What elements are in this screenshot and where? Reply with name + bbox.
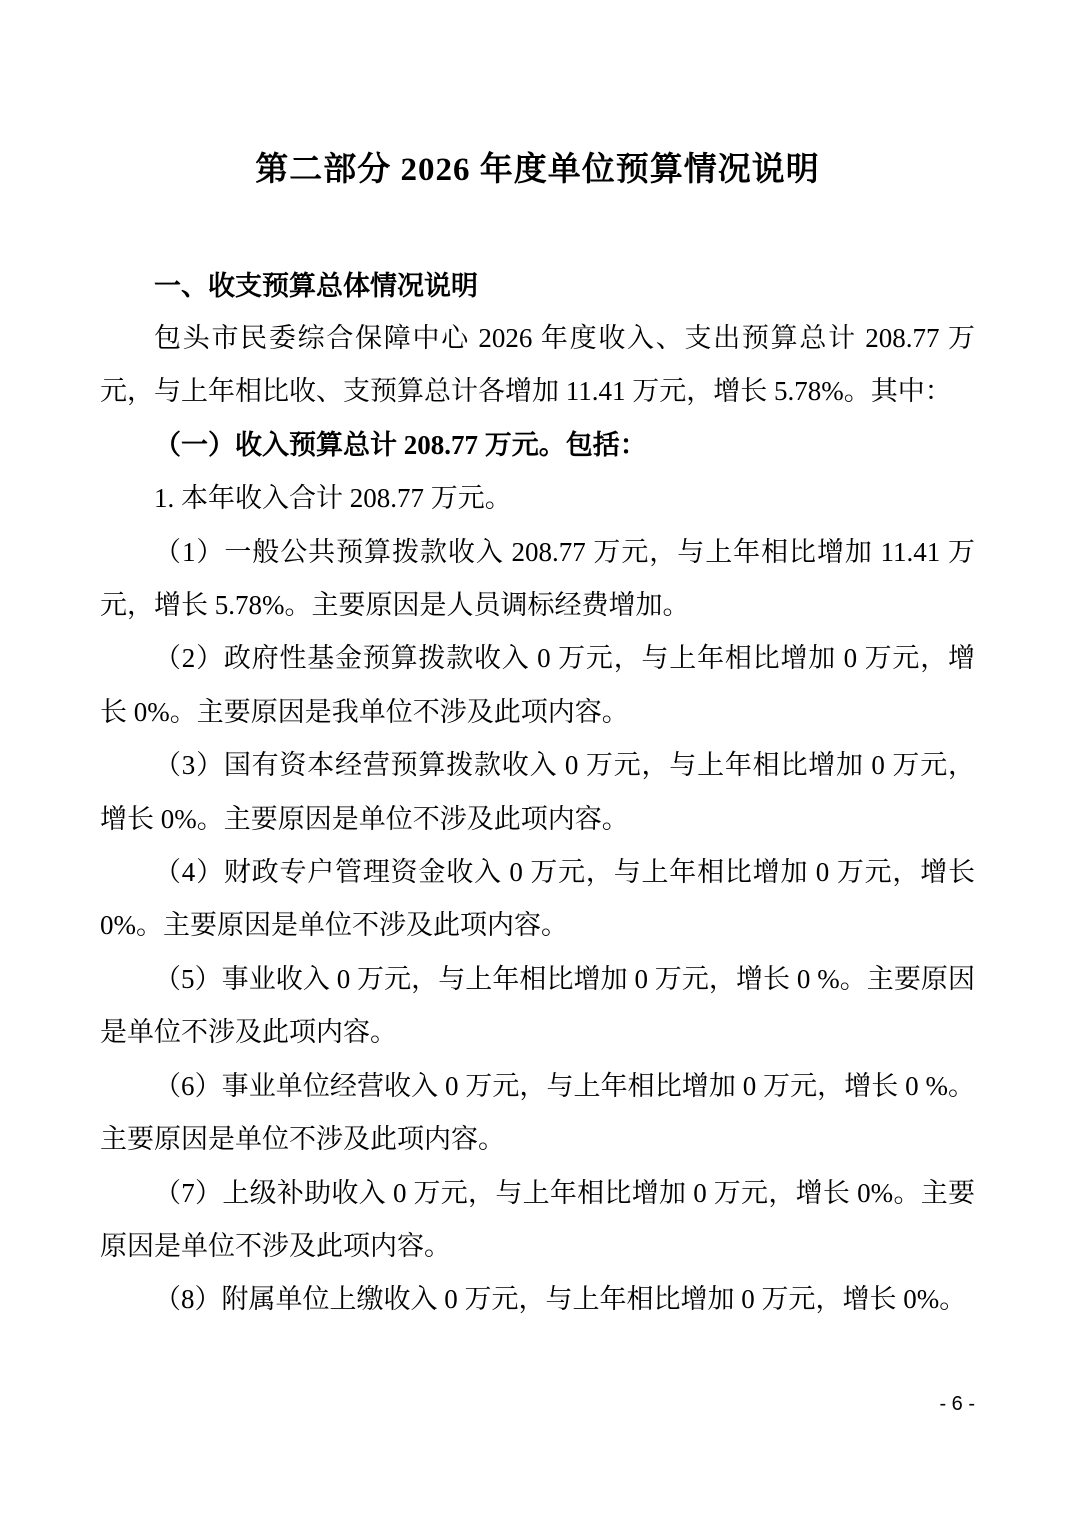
- paragraph-item-1-general-public-budget: （1）一般公共预算拨款收入 208.77 万元，与上年相比增加 11.41 万元…: [100, 526, 975, 633]
- section-heading: 一、收支预算总体情况说明: [100, 268, 975, 304]
- paragraph-item-6-institution-operating-income: （6）事业单位经营收入 0 万元，与上年相比增加 0 万元，增长 0 %。主要原…: [100, 1060, 975, 1167]
- paragraph-current-year-income: 1. 本年收入合计 208.77 万元。: [100, 472, 975, 525]
- paragraph-item-4-fiscal-special-account: （4）财政专户管理资金收入 0 万元，与上年相比增加 0 万元，增长 0%。主要…: [100, 846, 975, 953]
- paragraph-item-3-state-capital: （3）国有资本经营预算拨款收入 0 万元，与上年相比增加 0 万元，增长 0%。…: [100, 739, 975, 846]
- paragraph-item-7-superior-subsidy: （7）上级补助收入 0 万元，与上年相比增加 0 万元，增长 0%。主要原因是单…: [100, 1167, 975, 1274]
- paragraph-item-8-subordinate-unit-remittance: （8）附属单位上缴收入 0 万元，与上年相比增加 0 万元，增长 0%。: [100, 1273, 975, 1326]
- paragraph-income-total: （一）收入预算总计 208.77 万元。包括：: [100, 419, 975, 472]
- paragraph-overview: 包头市民委综合保障中心 2026 年度收入、支出预算总计 208.77 万元，与…: [100, 312, 975, 419]
- page-title: 第二部分 2026 年度单位预算情况说明: [100, 148, 975, 192]
- paragraph-item-5-institution-income: （5）事业收入 0 万元，与上年相比增加 0 万元，增长 0 %。主要原因是单位…: [100, 953, 975, 1060]
- document-page: 第二部分 2026 年度单位预算情况说明 一、收支预算总体情况说明 包头市民委综…: [0, 0, 1075, 1520]
- paragraph-item-2-government-fund: （2）政府性基金预算拨款收入 0 万元，与上年相比增加 0 万元，增长 0%。主…: [100, 632, 975, 739]
- page-number: - 6 -: [939, 1393, 975, 1416]
